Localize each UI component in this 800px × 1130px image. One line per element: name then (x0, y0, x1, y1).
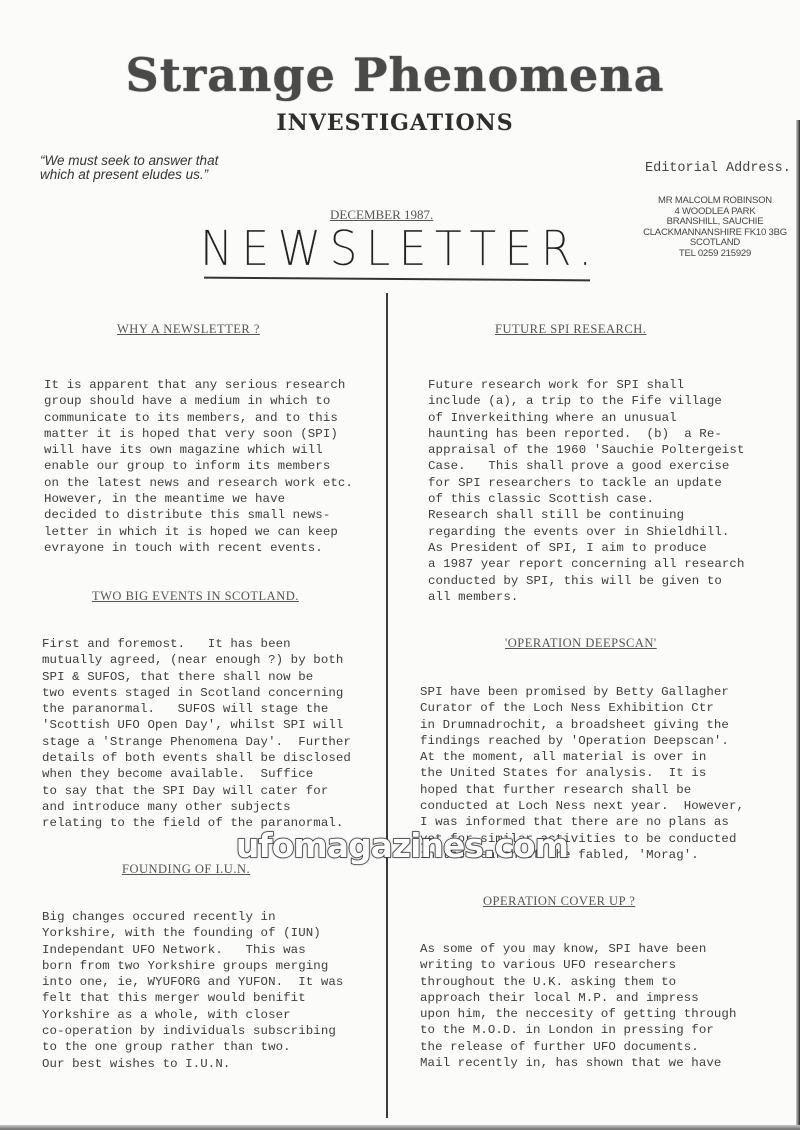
heading-two-big-events: TWO BIG EVENTS IN SCOTLAND. (92, 589, 299, 604)
body-operation-cover-up: As some of you may know, SPI have been w… (420, 941, 737, 1071)
address-line-phone: TEL 0259 215929 (630, 249, 800, 260)
column-divider (386, 293, 388, 1118)
title-underline (204, 277, 590, 282)
body-founding-iun: Big changes occured recently in Yorkshir… (42, 909, 343, 1072)
editorial-address-label: Editorial Address. (645, 161, 791, 176)
heading-future-spi-research: FUTURE SPI RESEARCH. (495, 322, 646, 337)
masthead-title: Strange Phenomena (0, 48, 790, 102)
motto-quote: “We must seek to answer that which at pr… (40, 154, 230, 182)
body-why-a-newsletter: It is apparent that any serious research… (44, 377, 353, 556)
heading-operation-deepscan: 'OPERATION DEEPSCAN' (505, 636, 657, 651)
newsletter-title: NEWSLETTER. (200, 224, 561, 274)
editorial-address: MR MALCOLM ROBINSON 4 WOODLEA PARK BRANS… (630, 196, 800, 259)
address-line-country: SCOTLAND (630, 238, 800, 249)
address-line-town: BRANSHILL, SAUCHIE (630, 217, 800, 228)
body-two-big-events: First and foremost. It has been mutually… (42, 636, 351, 832)
page-edge-bottom (0, 1125, 800, 1130)
body-future-spi-research: Future research work for SPI shall inclu… (428, 377, 745, 605)
masthead-subtitle: INVESTIGATIONS (0, 110, 790, 136)
address-line-name: MR MALCOLM ROBINSON (630, 196, 800, 207)
heading-operation-cover-up: OPERATION COVER UP ? (483, 894, 635, 909)
page-edge-right (796, 120, 800, 1130)
heading-why-a-newsletter: WHY A NEWSLETTER ? (117, 322, 260, 337)
watermark: ufomagazines.com (222, 826, 582, 865)
